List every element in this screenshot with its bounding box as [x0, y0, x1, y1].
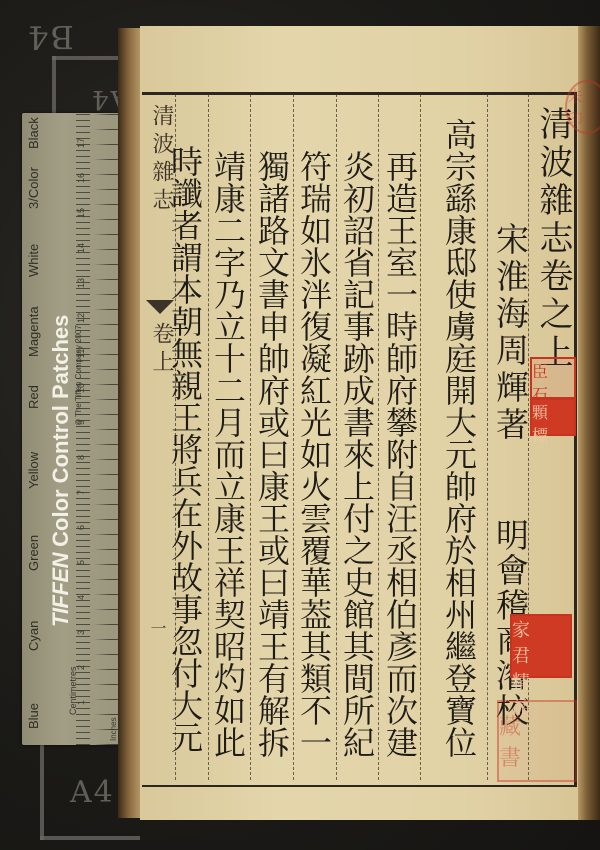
ruler-brand: TIFFEN Color Control Patches — [48, 315, 74, 627]
text-column-2: 再造王室一時師府攀附自汪丞相伯彥而次建 — [384, 150, 416, 758]
color-label-blue: Blue — [26, 703, 41, 729]
column-rule — [420, 94, 421, 780]
text-column-6: 靖康二字乃立十二月而立康王祥契昭灼如此 — [212, 150, 244, 758]
guide-line — [52, 56, 56, 116]
color-label-3color: 3/Color — [26, 167, 41, 209]
color-label-cyan: Cyan — [26, 621, 41, 651]
ruler-title: Color Control Patches — [48, 315, 73, 547]
guide-line — [40, 836, 140, 840]
board-label-a4-bottom: A4 — [70, 775, 115, 810]
seal-4: 藏書 — [497, 700, 577, 782]
column-rule — [293, 94, 294, 780]
copyright: © The Tiffen Company 2007 — [74, 325, 83, 425]
seal-1: 臣石 — [530, 357, 576, 399]
inches-label: Inches — [109, 717, 118, 741]
text-column-1: 高宗繇康邸使虜庭開大元帥府於相州繼登寶位 — [443, 118, 475, 758]
column-rule — [378, 94, 379, 780]
color-label-white: White — [26, 244, 41, 277]
book-title: 清波雜志卷之上 — [536, 106, 570, 372]
color-label-black: Black — [26, 117, 41, 149]
column-rule — [250, 94, 251, 780]
column-rule — [336, 94, 337, 780]
seal-3: 家君精品 — [510, 614, 572, 678]
author-line: 宋淮海周輝著 — [494, 222, 527, 444]
column-rule — [487, 94, 488, 780]
guide-line — [40, 745, 44, 840]
color-label-red: Red — [26, 385, 41, 409]
inch-ticks — [94, 113, 120, 745]
seal-2: 顆標 — [530, 398, 576, 436]
text-column-7: 時讖者謂本朝無親王將兵在外故事忽付大元 — [169, 145, 201, 753]
centimetres-label: Centimetres — [68, 666, 78, 715]
tiffen-color-ruler: 1 2 3 4 5 6 7 1 2 3 4 5 6 7 8 9 10 11 12… — [22, 113, 120, 745]
board-label-b4: B4 — [26, 18, 74, 56]
color-label-green: Green — [26, 535, 41, 571]
tiffen-logo: TIFFEN — [48, 553, 73, 627]
seal-round-top: 朱印 — [565, 80, 600, 134]
color-label-magenta: Magenta — [26, 306, 41, 357]
page-right-edge — [578, 26, 600, 820]
text-column-5: 獨諸路文書申帥府或曰康王或曰靖王有解拆 — [256, 150, 288, 758]
text-column-3: 炎初詔省記事跡成書來上付之史館其間所紀 — [341, 150, 373, 758]
color-label-yellow: Yellow — [26, 452, 41, 489]
text-column-4: 符瑞如氷泮復凝紅光如火雲覆華葢其類不一 — [298, 150, 330, 758]
